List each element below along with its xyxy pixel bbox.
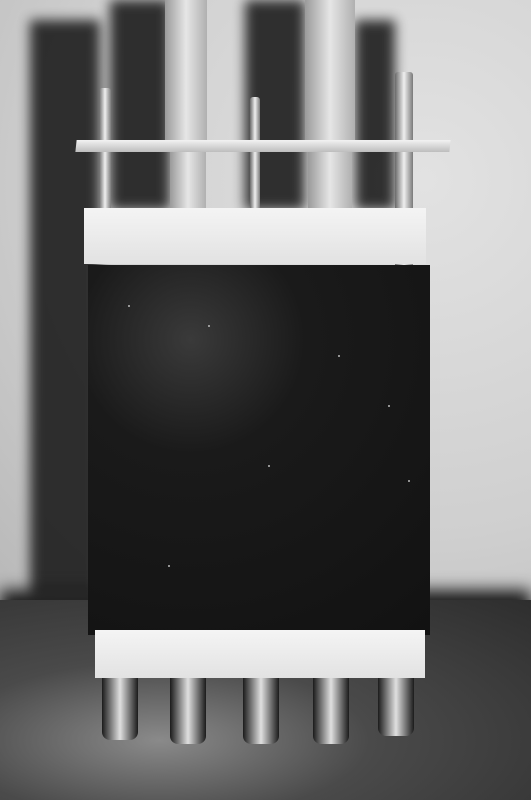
lower-block	[95, 630, 425, 678]
loading-piston	[308, 150, 352, 210]
top-load-plate	[75, 140, 450, 152]
support-leg	[102, 678, 138, 740]
speck	[208, 325, 210, 327]
support-leg	[313, 678, 349, 744]
speck	[408, 480, 410, 482]
support-leg	[243, 678, 279, 744]
apparatus-photo	[0, 0, 531, 800]
loading-piston	[165, 0, 207, 140]
speck	[128, 305, 130, 307]
support-leg	[170, 678, 206, 744]
upper-block	[84, 208, 426, 264]
speck	[168, 565, 170, 567]
wall-shadow	[110, 0, 170, 210]
speck	[268, 465, 270, 467]
soil-sample	[88, 265, 430, 635]
threaded-rod	[250, 97, 260, 212]
loading-piston	[305, 0, 355, 140]
wall-shadow	[355, 20, 395, 210]
support-leg	[378, 678, 414, 736]
speck	[388, 405, 390, 407]
speck	[338, 355, 340, 357]
loading-piston	[170, 150, 206, 210]
